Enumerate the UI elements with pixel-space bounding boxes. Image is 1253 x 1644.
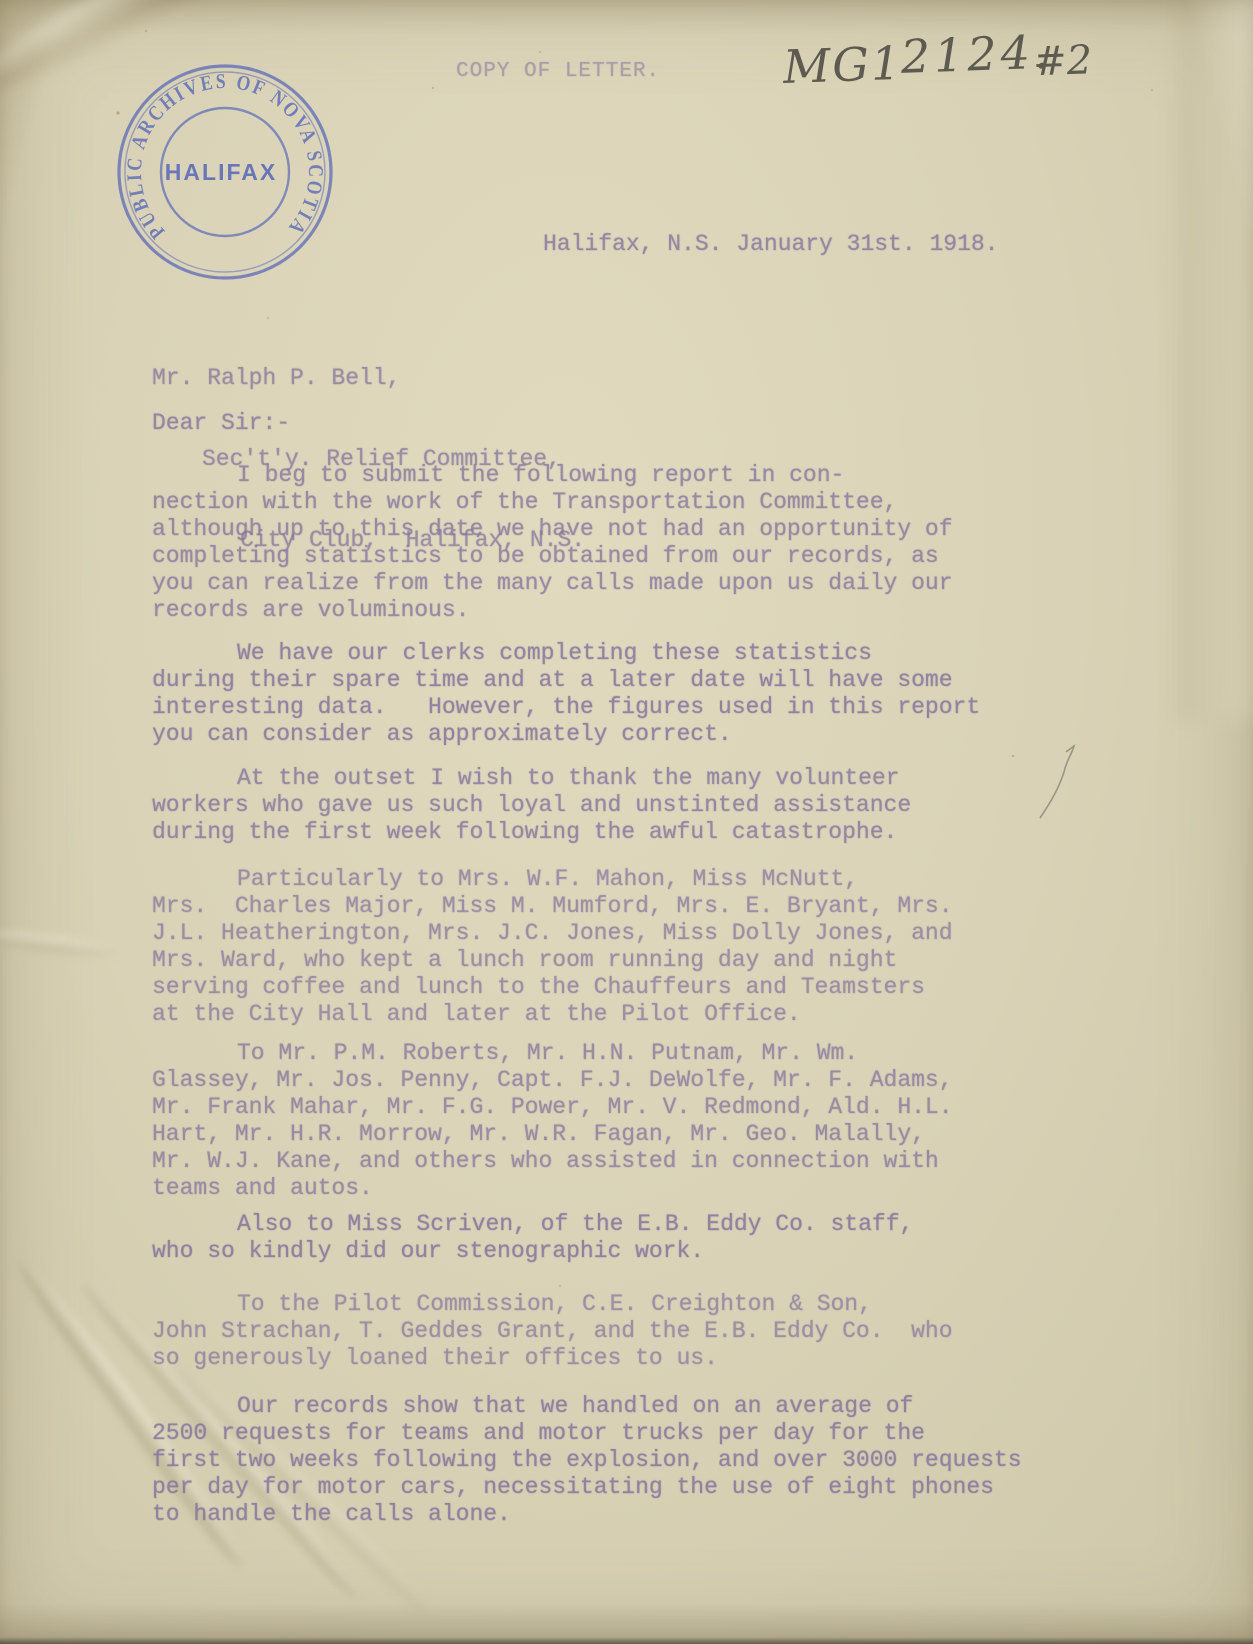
letter-paragraph: At the outset I wish to thank the many v… [152,765,1102,846]
archives-stamp: PUBLIC ARCHIVES OF NOVA SCOTIA HALIFAX [105,52,345,292]
letter-paragraph: We have our clerks completing these stat… [152,640,1102,748]
archival-note-collection: MG1 [782,36,903,94]
stamp-center-text: HALIFAX [165,159,277,185]
letter-paragraph: To Mr. P.M. Roberts, Mr. H.N. Putnam, Mr… [152,1040,1102,1202]
archival-note-number: 2124. [900,25,1053,84]
letter-paragraph: I beg to submit the following report in … [152,462,1102,624]
dateline: Halifax, N.S. January 31st. 1918. [543,231,998,258]
document-heading: COPY OF LETTER. [456,58,660,85]
letter-paragraph: Also to Miss Scriven, of the E.B. Eddy C… [152,1211,1102,1265]
salutation: Dear Sir:- [152,410,290,437]
scanned-letter-page: PUBLIC ARCHIVES OF NOVA SCOTIA HALIFAX C… [0,0,1253,1644]
recipient-line: Mr. Ralph P. Bell, [152,365,585,392]
letter-paragraph: Our records show that we handled on an a… [152,1393,1102,1528]
scan-edge [0,1637,1253,1644]
letter-paragraph: Particularly to Mrs. W.F. Mahon, Miss Mc… [152,866,1102,1028]
letter-paragraph: To the Pilot Commission, C.E. Creighton … [152,1291,1102,1372]
archival-note-item: #2 [1032,37,1093,85]
